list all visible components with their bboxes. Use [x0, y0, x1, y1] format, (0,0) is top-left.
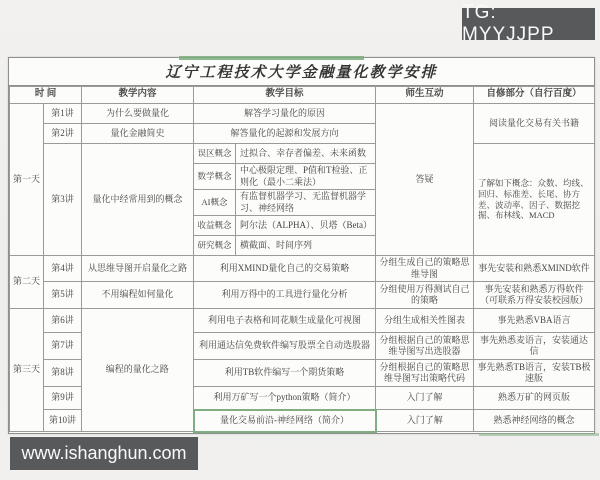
cell-lec10-selfstudy: 熟悉神经网络的概念	[474, 410, 595, 432]
cell-lec2-objective: 解答量化的起源和发展方向	[194, 124, 376, 144]
header-content: 教学内容	[82, 87, 194, 104]
cell-lec6-objective: 利用电子表格和同花顺生成量化可视图	[194, 309, 376, 333]
table-title: 辽宁工程技术大学金融量化教学安排	[9, 58, 594, 86]
cell-lec6-num: 第6讲	[44, 309, 82, 333]
cell-lec10-interaction: 入门了解	[376, 410, 474, 432]
cell-lec8-interaction: 分组根据自己的策略思维导图写出策略代码	[376, 360, 474, 387]
cell-concept-1-label: 数学概念	[194, 164, 236, 190]
table-row: 第三天 第6讲 编程的量化之路 利用电子表格和同花顺生成量化可视图 分组生成相关…	[10, 309, 595, 333]
table-row: 第3讲 量化中经常用到的概念 误区概念 过拟合、幸存者偏差、未来函数 了解如下概…	[10, 144, 595, 164]
cell-lec7-interaction: 分组根据自己的策略思维导图写出选股器	[376, 333, 474, 360]
cell-lec1-num: 第1讲	[44, 104, 82, 124]
cell-day3-content: 编程的量化之路	[82, 309, 194, 432]
table-row: 第一天 第1讲 为什么要做量化 解答学习量化的原因 答疑 阅读量化交易有关书籍	[10, 104, 595, 124]
cell-lec4-content: 从思维导图开启量化之路	[82, 256, 194, 282]
cell-lec9-num: 第9讲	[44, 387, 82, 410]
cell-lec2-num: 第2讲	[44, 124, 82, 144]
cell-lec6-selfstudy: 事先熟悉VBA语言	[474, 309, 595, 333]
schedule-table-sheet: 辽宁工程技术大学金融量化教学安排 时 间 教学内容 教学目标 师生互动 自修部分…	[8, 57, 595, 434]
cell-lec10-num: 第10讲	[44, 410, 82, 432]
cell-lec10-objective-highlighted: 量化交易前沿-神经网络（简介）	[194, 410, 376, 432]
teaching-schedule-table: 时 间 教学内容 教学目标 师生互动 自修部分（自行百度） 第一天 第1讲 为什…	[9, 86, 595, 433]
header-objective: 教学目标	[194, 87, 376, 104]
cell-day3-label: 第三天	[10, 309, 44, 432]
cell-day1-interaction: 答疑	[376, 104, 474, 256]
cell-lec4-objective: 利用XMIND量化自己的交易策略	[194, 256, 376, 282]
cell-lec6-interaction: 分组生成相关性图表	[376, 309, 474, 333]
cell-lec8-num: 第8讲	[44, 360, 82, 387]
tg-contact-badge: TG: MYYJJPP	[462, 8, 595, 40]
cell-day1-selfstudy-1: 阅读量化交易有关书籍	[474, 104, 595, 144]
cell-lec5-objective: 利用万得中的工具进行量化分析	[194, 282, 376, 309]
header-row: 时 间 教学内容 教学目标 师生互动 自修部分（自行百度）	[10, 87, 595, 104]
cell-concept-3-label: 收益概念	[194, 216, 236, 236]
cell-lec3-content: 量化中经常用到的概念	[82, 144, 194, 256]
cell-lec1-objective: 解答学习量化的原因	[194, 104, 376, 124]
cell-lec5-selfstudy: 事先安装和熟悉万得软件（可联系万得安装校园版）	[474, 282, 595, 309]
cell-concept-2-label: AI概念	[194, 190, 236, 216]
cell-lec8-selfstudy: 事先熟悉TB语言，安装TB极速版	[474, 360, 595, 387]
cell-lec3-num: 第3讲	[44, 144, 82, 256]
green-accent-strip-top	[179, 56, 364, 60]
cell-concept-0-detail: 过拟合、幸存者偏差、未来函数	[236, 144, 376, 164]
cell-lec5-interaction: 分组使用万得测试自己的策略	[376, 282, 474, 309]
cell-lec9-objective: 利用万矿写一个python策略（简介）	[194, 387, 376, 410]
cell-lec8-objective: 利用TB软件编写一个期货策略	[194, 360, 376, 387]
tg-contact-text: TG: MYYJJPP	[462, 2, 595, 46]
cell-lec4-interaction: 分组生成自己的策略思维导图	[376, 256, 474, 282]
cell-day2-label: 第二天	[10, 256, 44, 309]
cell-lec9-interaction: 入门了解	[376, 387, 474, 410]
website-watermark-text: www.ishanghun.com	[21, 443, 186, 464]
cell-concept-4-detail: 横截面、时间序列	[236, 236, 376, 256]
cell-lec4-selfstudy: 事先安装和熟悉XMIND软件	[474, 256, 595, 282]
cell-lec7-num: 第7讲	[44, 333, 82, 360]
website-watermark: www.ishanghun.com	[10, 437, 198, 470]
cell-concept-3-detail: 阿尔法（ALPHA）、贝塔（Beta）	[236, 216, 376, 236]
cell-lec4-num: 第4讲	[44, 256, 82, 282]
cell-concept-1-detail: 中心极限定理、P值和T检验、正则化（最小二乘法）	[236, 164, 376, 190]
green-accent-strip-bottom	[479, 433, 599, 436]
table-row: 第二天 第4讲 从思维导图开启量化之路 利用XMIND量化自己的交易策略 分组生…	[10, 256, 595, 282]
cell-day1-selfstudy-2: 了解如下概念：众数、均线、回归、标准差、长尾、协方差、波动率、因子、数据挖掘、布…	[474, 144, 595, 256]
cell-lec7-objective: 利用通达信免费软件编写股票全自动选股器	[194, 333, 376, 360]
cell-day1-label: 第一天	[10, 104, 44, 256]
cell-lec1-content: 为什么要做量化	[82, 104, 194, 124]
cell-concept-2-detail: 有监督机器学习、无监督机器学习、神经网络	[236, 190, 376, 216]
cell-lec9-selfstudy: 熟悉万矿的网页版	[474, 387, 595, 410]
header-self-study: 自修部分（自行百度）	[474, 87, 595, 104]
cell-concept-0-label: 误区概念	[194, 144, 236, 164]
table-row: 第5讲 不用编程如何量化 利用万得中的工具进行量化分析 分组使用万得测试自己的策…	[10, 282, 595, 309]
header-interaction: 师生互动	[376, 87, 474, 104]
cell-lec5-content: 不用编程如何量化	[82, 282, 194, 309]
header-time: 时 间	[10, 87, 82, 104]
cell-lec2-content: 量化金融简史	[82, 124, 194, 144]
cell-concept-4-label: 研究概念	[194, 236, 236, 256]
cell-lec7-selfstudy: 事先熟悉麦语言，安装通达信	[474, 333, 595, 360]
cell-lec5-num: 第5讲	[44, 282, 82, 309]
